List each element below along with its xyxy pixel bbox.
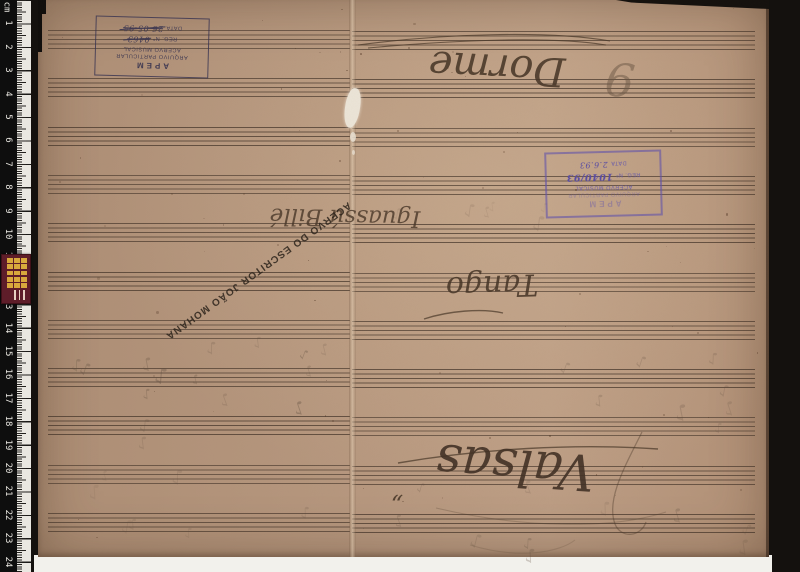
handwritten-title-top: Dorme	[401, 40, 593, 96]
staff-line-row	[48, 416, 350, 435]
ruler-number: 23	[3, 531, 13, 545]
foxing-speckle	[482, 187, 484, 189]
ruler-number: 21	[3, 484, 13, 498]
foxing-speckle	[670, 130, 672, 132]
foxing-speckle	[97, 277, 100, 280]
staff-line-row	[48, 368, 350, 387]
apem-stamp-black: APEM ARQUIVO PARTICULAR ACERVO MUSICAL R…	[94, 16, 210, 79]
foxing-speckle	[141, 94, 143, 96]
stamp-date-value: 26-05-95	[123, 23, 163, 33]
stamp-reg-label: REG. Nº	[616, 171, 641, 178]
foxing-speckle	[579, 293, 581, 295]
ruler-number: 9	[3, 204, 13, 218]
ruler-number: 4	[3, 87, 13, 101]
archive-logo-patch	[1, 254, 31, 304]
stamp-date-value: 2.6.93	[579, 160, 608, 170]
ruler-number: 15	[3, 344, 13, 358]
ruler-number: 8	[3, 180, 13, 194]
foxing-speckle	[171, 193, 173, 195]
ruler-number: 17	[3, 391, 13, 405]
foxing-speckle	[397, 130, 399, 132]
handwritten-quote-mark: „	[382, 492, 412, 520]
stamp-org-label: APEM	[586, 199, 621, 209]
staff-line-row	[352, 369, 755, 388]
staff-line-row	[48, 320, 350, 339]
foxing-speckle	[295, 48, 296, 49]
stamp-date-label: DATA	[166, 24, 182, 30]
foxing-speckle	[363, 488, 365, 490]
ruler-number: 1	[3, 16, 13, 30]
ruler-number: 24	[3, 555, 13, 569]
foxing-speckle	[297, 180, 298, 181]
tear-speck	[350, 132, 356, 142]
stamp-reg-label: REG. Nº	[153, 35, 178, 42]
foxing-speckle	[360, 53, 362, 55]
staff-line-row	[352, 321, 755, 340]
tear-speck	[352, 150, 355, 155]
foxing-speckle	[332, 420, 334, 422]
foxing-speckle	[80, 157, 81, 158]
staff-line-row	[352, 514, 755, 533]
corner-notch	[38, 0, 42, 52]
foxing-speckle	[733, 8, 734, 9]
foxing-speckle	[340, 377, 341, 378]
ruler-number: 3	[3, 63, 13, 77]
foxing-speckle	[363, 528, 364, 529]
paper-right-edge	[766, 0, 769, 557]
staff-line-row	[48, 272, 350, 291]
foxing-speckle	[299, 130, 300, 131]
logo-gold-squares	[7, 258, 27, 288]
foxing-speckle	[59, 181, 61, 183]
stamp-line2: ARQUIVO PARTICULAR	[116, 53, 188, 61]
staff-line-row	[48, 465, 350, 484]
ruler-number: 5	[3, 110, 13, 124]
stamp-org-label: APEM	[134, 61, 169, 71]
ruler-number: 7	[3, 157, 13, 171]
ruler-number: 19	[3, 438, 13, 452]
ruler-unit-label: cm	[1, 2, 11, 13]
staff-line-row	[352, 128, 755, 147]
handwritten-title-tango: Tango	[411, 265, 572, 306]
ruler-number: 6	[3, 133, 13, 147]
scanned-manuscript-view: APEM ARQUIVO PARTICULAR ACERVO MUSICAL R…	[0, 0, 800, 572]
foxing-speckle	[697, 332, 698, 333]
staff-line-row	[48, 78, 350, 97]
stamp-reg-value: 0463	[127, 34, 150, 44]
stamp-line3: ACERVO MUSICAL	[575, 183, 633, 191]
foxing-speckle	[423, 177, 424, 178]
logo-text-bars	[12, 290, 26, 300]
foxing-speckle	[517, 132, 518, 133]
stamp-date-label: DATA	[611, 159, 627, 165]
foxing-speckle	[153, 375, 155, 377]
foxing-speckle	[549, 435, 550, 436]
stamp-reg-value: 1040/93	[566, 171, 613, 183]
foxing-speckle	[104, 225, 106, 227]
staff-line-row	[48, 513, 350, 532]
stamp-line2: ARQUIVO PARTICULAR	[568, 191, 640, 199]
foxing-speckle	[203, 218, 204, 219]
ruler-number: 2	[3, 40, 13, 54]
center-fold-crease	[349, 0, 356, 557]
foxing-speckle	[204, 251, 205, 252]
staff-line-row	[48, 175, 350, 194]
staff-line-row	[48, 127, 350, 146]
ruler-number: 16	[3, 367, 13, 381]
foxing-speckle	[156, 311, 159, 314]
apem-stamp-purple: APEM ARQUIVO PARTICULAR ACERVO MUSICAL R…	[544, 149, 663, 218]
foxing-speckle	[281, 88, 283, 90]
foxing-speckle	[442, 497, 443, 498]
ruler-number: 20	[3, 461, 13, 475]
handwritten-pencil-digit: 9	[587, 49, 653, 110]
ruler-number: 22	[3, 508, 13, 522]
ruler-number: 14	[3, 321, 13, 335]
foxing-speckle	[243, 193, 245, 195]
ruler-number: 18	[3, 414, 13, 428]
foxing-speckle	[69, 49, 70, 50]
stamp-line3: ACERVO MUSICAL	[123, 45, 181, 53]
foxing-speckle	[740, 489, 741, 490]
under-sheet-edge	[34, 555, 772, 572]
ruler-number: 10	[3, 227, 13, 241]
